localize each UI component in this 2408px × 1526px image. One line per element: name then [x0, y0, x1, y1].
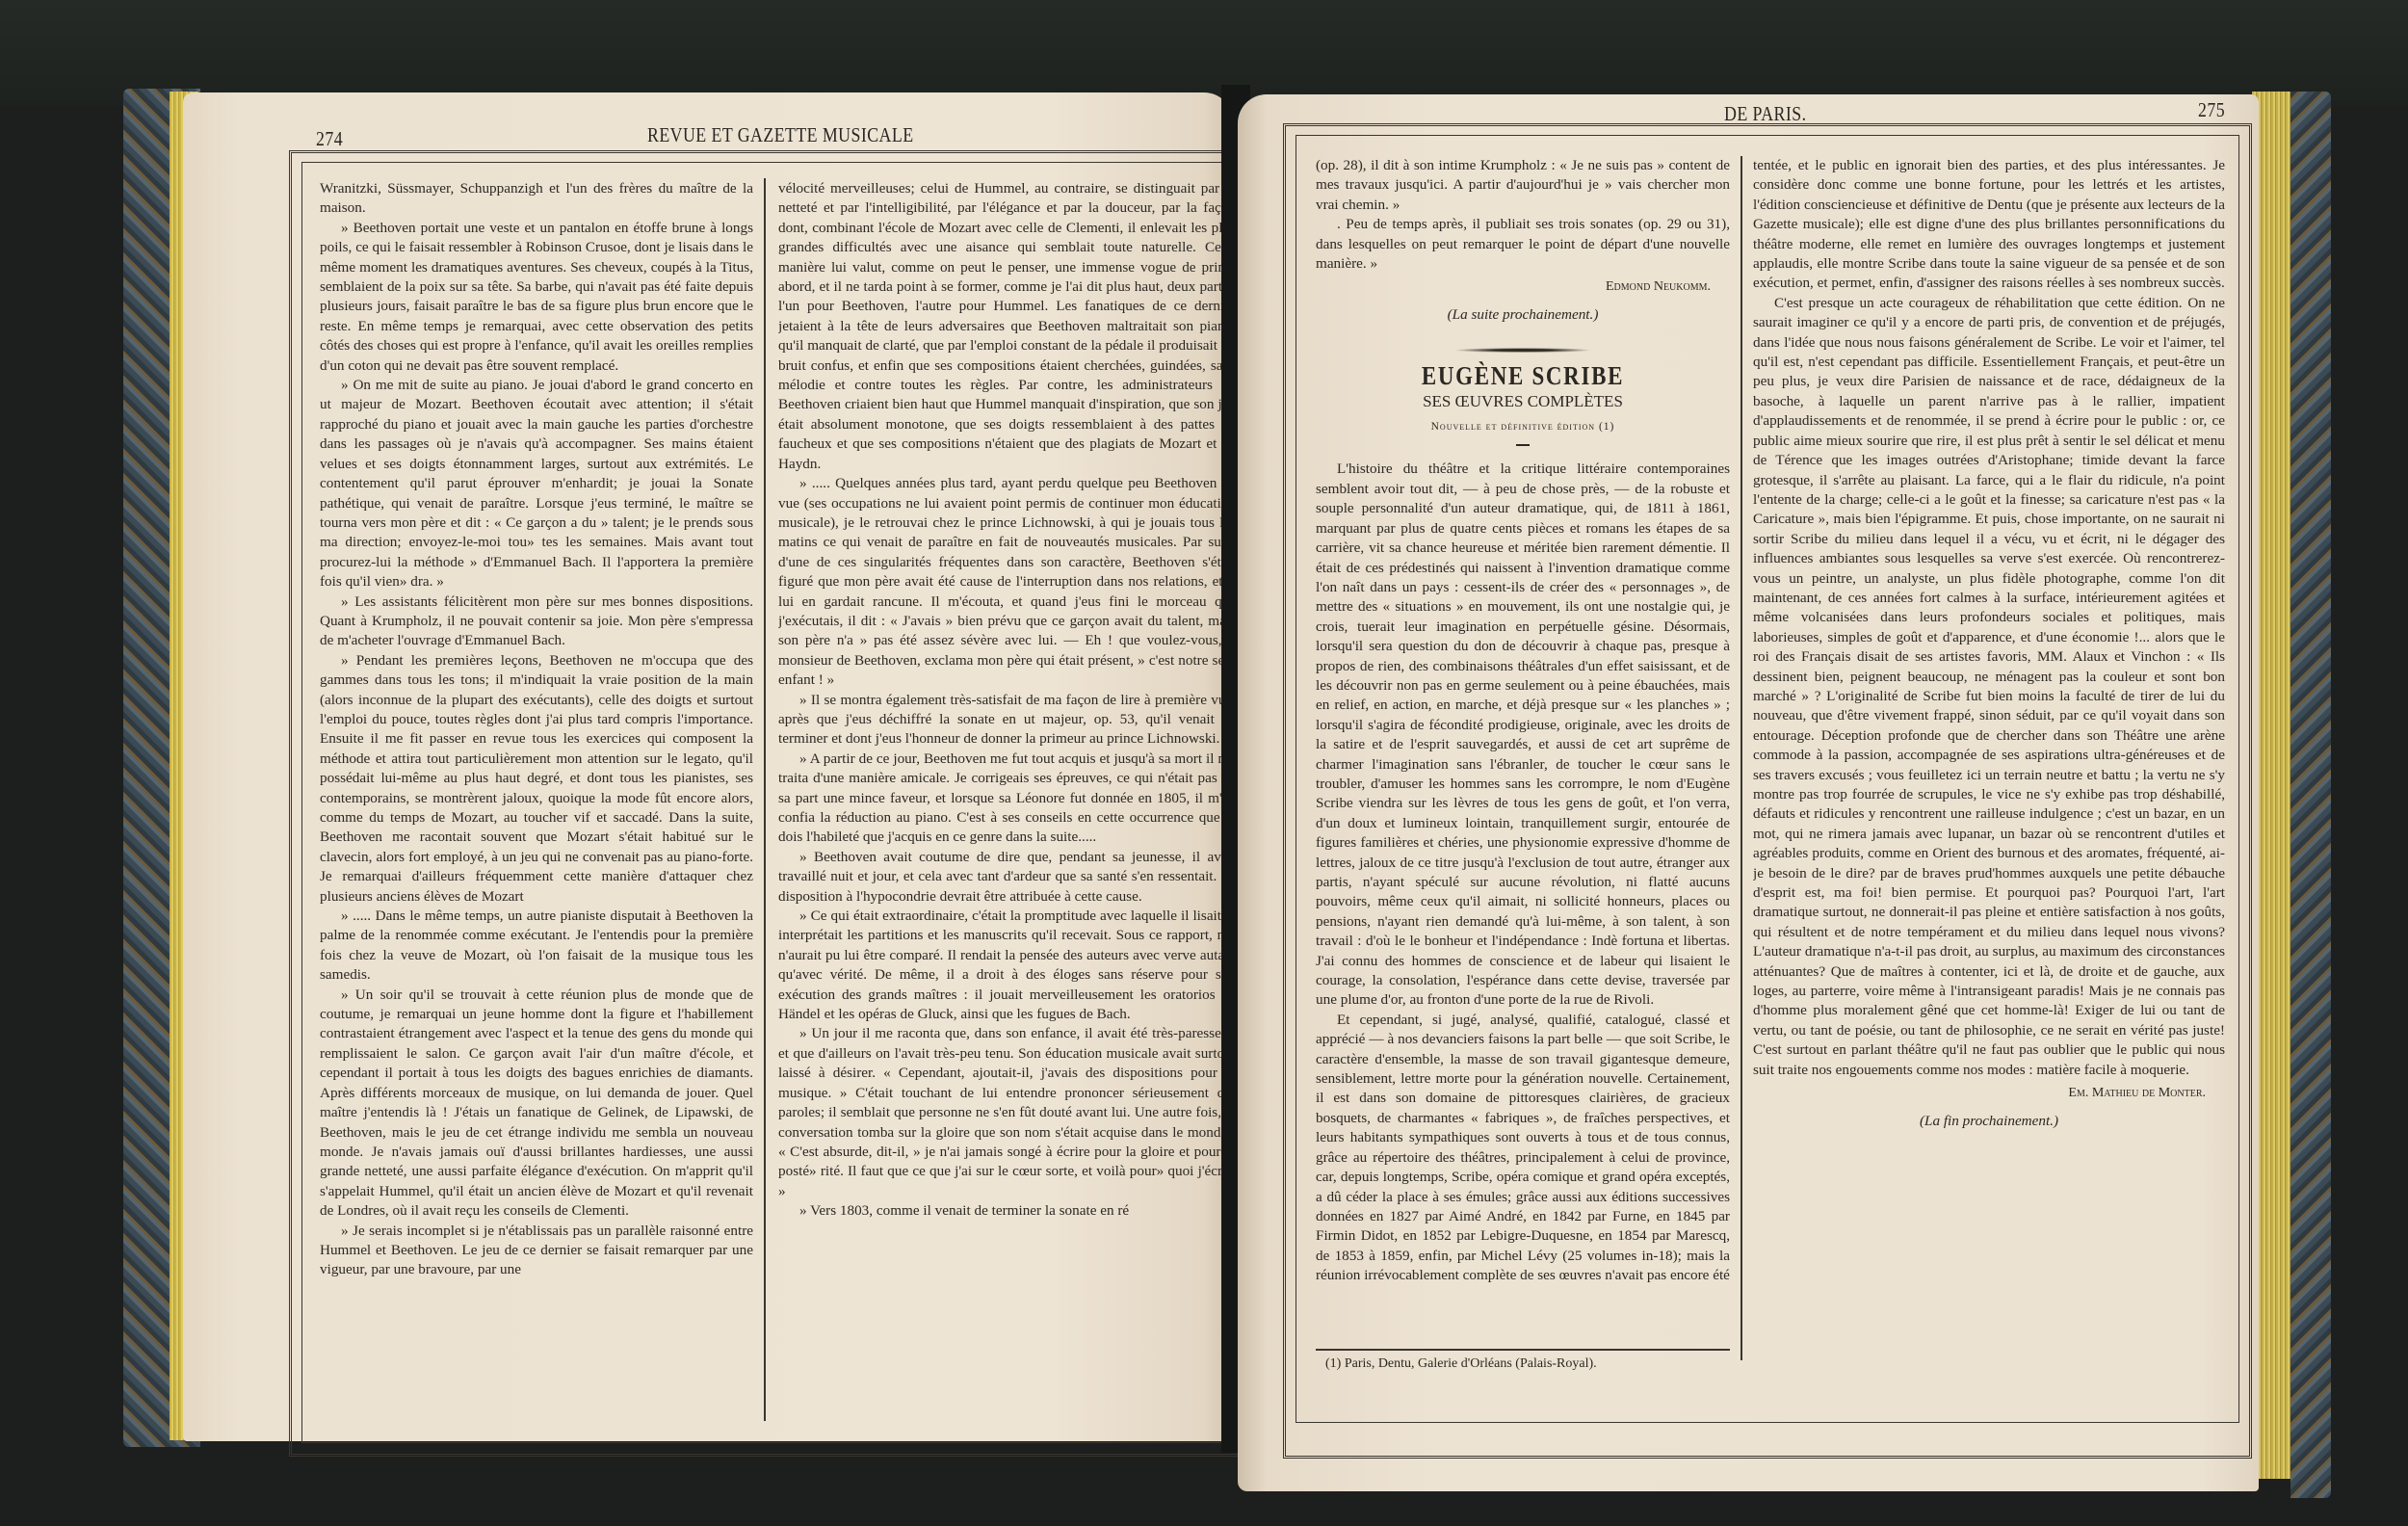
paragraph: » On me mit de suite au piano. Je jouai …	[320, 376, 753, 592]
page-number-right: 275	[2198, 98, 2225, 122]
running-head-left: REVUE ET GAZETTE MUSICALE	[647, 123, 914, 147]
signature-monter: Em. Mathieu de Monter.	[1753, 1084, 2206, 1103]
article-title: EUGÈNE SCRIBE	[1347, 366, 1699, 385]
column-divider-right	[1741, 156, 1742, 1360]
paragraph: » Pendant les premières leçons, Beethove…	[320, 651, 753, 907]
paragraph: » A partir de ce jour, Beethoven me fut …	[778, 750, 1236, 848]
paragraph: » Je serais incomplet si je n'établissai…	[320, 1222, 753, 1280]
ornamental-rule	[1455, 348, 1590, 353]
signature-neukomm: Edmond Neukomm.	[1316, 277, 1711, 297]
short-rule	[1516, 444, 1530, 446]
background-top	[0, 0, 2408, 106]
paragraph: » ..... Dans le même temps, un autre pia…	[320, 907, 753, 986]
paragraph: Et cependant, si jugé, analysé, qualifié…	[1316, 1011, 1730, 1286]
paragraph: . Peu de temps après, il publiait ses tr…	[1316, 215, 1730, 274]
paragraph: L'histoire du théâtre et la critique lit…	[1316, 460, 1730, 1010]
paragraph: Wranitzki, Süssmayer, Schuppanzigh et l'…	[320, 179, 753, 219]
page-number-left: 274	[316, 127, 343, 151]
paragraph: » Beethoven avait coutume de dire que, p…	[778, 848, 1236, 907]
paragraph: » Vers 1803, comme il venait de terminer…	[778, 1201, 1236, 1221]
marbled-cover-right	[2290, 92, 2331, 1498]
paragraph: » Beethoven portait une veste et un pant…	[320, 219, 753, 376]
article-edition: Nouvelle et définitive édition (1)	[1316, 417, 1730, 436]
left-page-column-1: Wranitzki, Süssmayer, Schuppanzigh et l'…	[320, 179, 753, 1432]
paragraph: (op. 28), il dit à son intime Krumpholz …	[1316, 156, 1730, 215]
paragraph: » Un jour il me raconta que, dans son en…	[778, 1024, 1236, 1201]
continued-note: (La fin prochainement.)	[1753, 1112, 2225, 1131]
column-divider-left	[764, 178, 766, 1421]
right-page-column-1: (op. 28), il dit à son intime Krumpholz …	[1316, 156, 1730, 1341]
continued-note: (La suite prochainement.)	[1316, 305, 1730, 325]
right-page-column-2: tentée, et le public en ignorait bien de…	[1753, 156, 2225, 1341]
paragraph: » Un soir qu'il se trouvait à cette réun…	[320, 986, 753, 1222]
paragraph: » ..... Quelques années plus tard, ayant…	[778, 474, 1236, 690]
article-subtitle: SES ŒUVRES COMPLÈTES	[1316, 392, 1730, 411]
paragraph: tentée, et le public en ignorait bien de…	[1753, 156, 2225, 294]
paragraph: vélocité merveilleuses; celui de Hummel,…	[778, 179, 1236, 474]
paragraph: » Les assistants félicitèrent mon père s…	[320, 592, 753, 651]
footnote: (1) Paris, Dentu, Galerie d'Orléans (Pal…	[1325, 1356, 1597, 1372]
paragraph: » Il se montra également très-satisfait …	[778, 691, 1236, 750]
left-page-column-2: vélocité merveilleuses; celui de Hummel,…	[778, 179, 1236, 1432]
paragraph: C'est presque un acte courageux de réhab…	[1753, 294, 2225, 1080]
footnote-rule	[1316, 1349, 1730, 1351]
paragraph: » Ce qui était extraordinaire, c'était l…	[778, 907, 1236, 1024]
